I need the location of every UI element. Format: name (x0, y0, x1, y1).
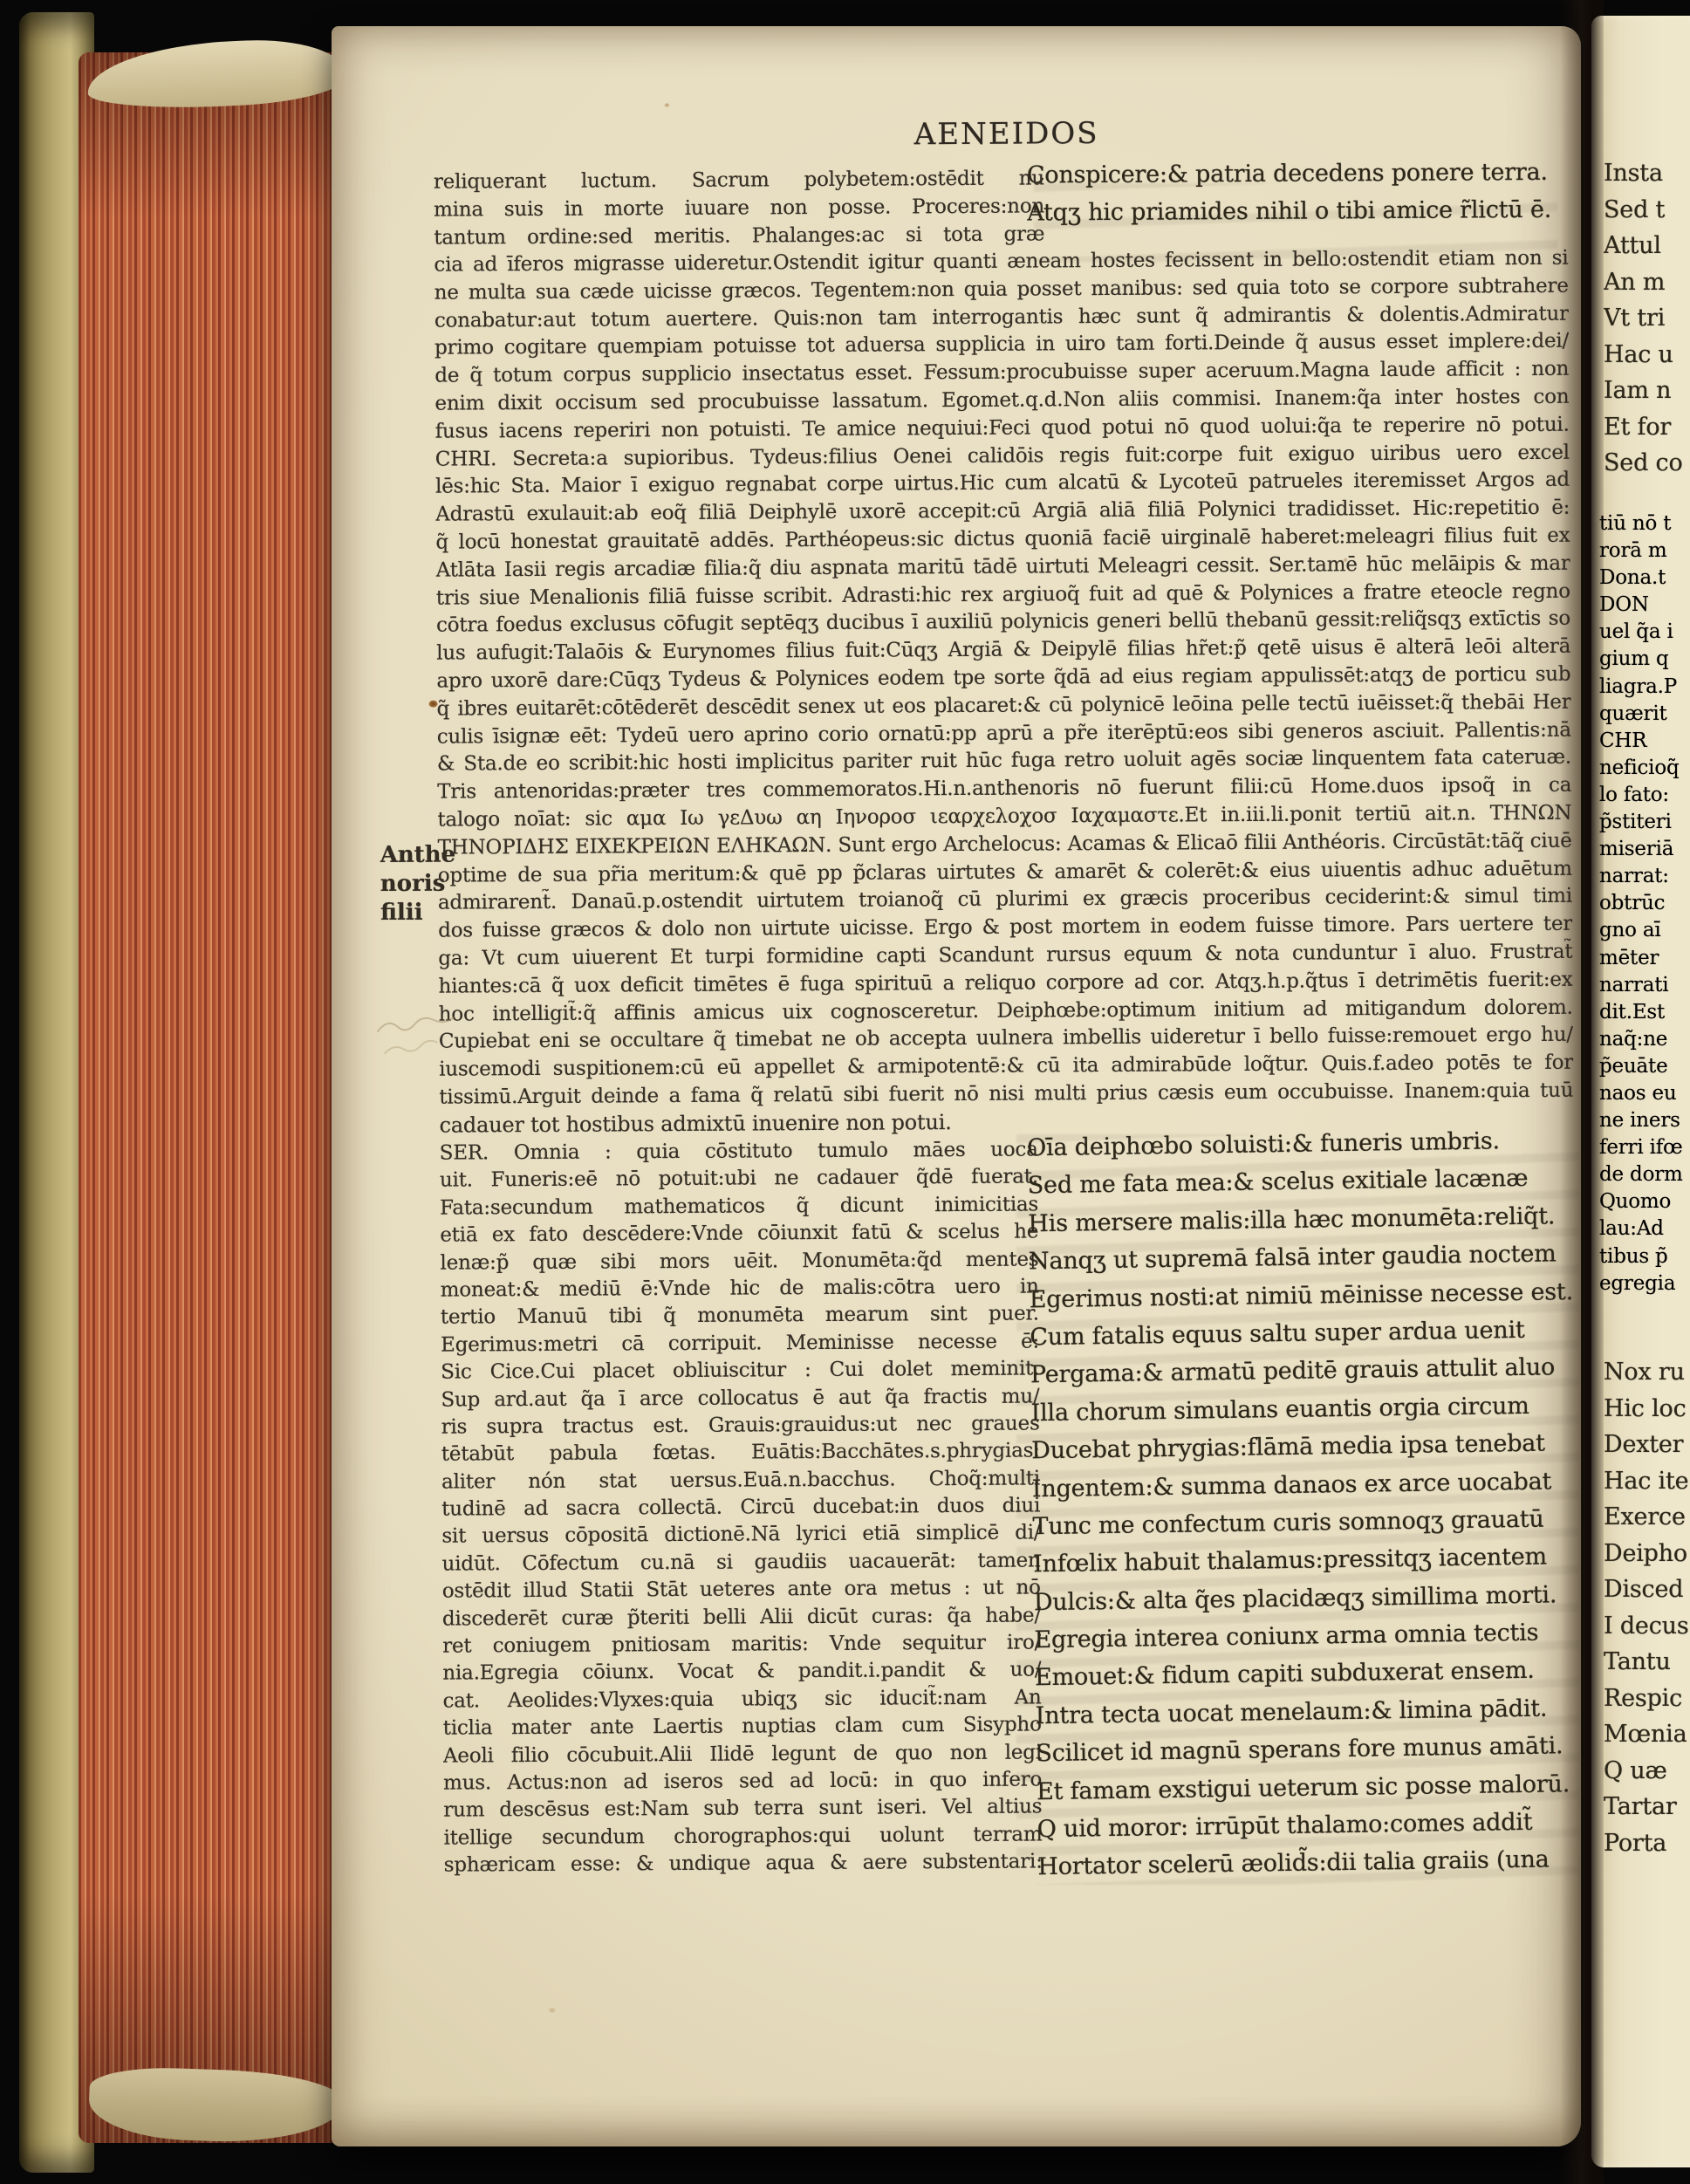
commentary-fragment: gium q (1599, 646, 1690, 673)
commentary-fragment: uel q̃a i (1599, 619, 1690, 646)
commentary-fragment: ferri ifœ (1599, 1134, 1690, 1161)
commentary-fragment: Dona.t (1599, 565, 1690, 592)
commentary-line: Fata:secundum mathematicos q̃ dicunt ini… (440, 1191, 1038, 1222)
commentary-fragment: DON (1599, 592, 1690, 619)
verse-fragment: Tartar (1604, 1789, 1690, 1825)
commentary-line: reliquerant luctum. Sacrum polybetem:ost… (434, 165, 1044, 196)
commentary-fragment: egregia (1599, 1270, 1690, 1297)
commentary-fragment: obtrūc (1599, 890, 1690, 917)
verse-opening-lines: Conspicere:& patria decedens ponere terr… (1027, 154, 1586, 233)
commentary-fragment: Quomo (1599, 1188, 1690, 1215)
commentary-line: uidūt. Cōfectum cu.nā si gaudiis uacauer… (442, 1547, 1041, 1578)
verse-line: Atqʒ hic priamides nihil o tibi amice r̃… (1027, 191, 1585, 232)
printed-margin-note: Anthenorisfilii (380, 841, 456, 928)
commentary-line: ticlia mater ante Laertis nuptias clam c… (443, 1712, 1042, 1743)
commentary-fragment: dit.Est (1599, 999, 1690, 1026)
commentary-fragment: liagra.P (1599, 674, 1690, 701)
commentary-fragment: naos eu (1599, 1080, 1690, 1107)
commentary-fragment: p̃stiteri (1599, 809, 1690, 836)
verse-fragment: Hic loc (1604, 1391, 1690, 1427)
commentary-fragment: tiū nō t (1599, 510, 1690, 537)
verse-fragment: Iam n (1604, 373, 1690, 409)
verse-fragment: Porta (1604, 1825, 1690, 1862)
verse-fragment: Mœnia (1604, 1716, 1690, 1753)
commentary-left-column: SER. Omnia : quia cōstituto tumulo māes … (440, 1136, 1043, 1879)
commentary-line: itellige secundum chorographos:qui uolun… (443, 1821, 1042, 1852)
commentary-intro: reliquerant luctum. Sacrum polybetem:ost… (434, 165, 1045, 252)
verse-fragment: Vt tri (1604, 300, 1690, 337)
verse-fragment: Exerce (1604, 1499, 1690, 1536)
commentary-fragment: CHR (1599, 728, 1690, 755)
commentary-line: ostēdit illud Statii Stāt ueteres ante o… (442, 1575, 1041, 1606)
verse-fragment: Attul (1604, 228, 1690, 264)
verse-line: Hortator scelerū æolid̃s:dii talia graii… (1037, 1840, 1597, 1886)
commentary-line: nia.Egregia cōiunx. Vocat & pandit.i.pan… (442, 1657, 1041, 1688)
verse-fragment: Nox ru (1604, 1354, 1690, 1391)
commentary-line: Sup ard.aut q̃a ī arce collocatus ē aut … (441, 1383, 1039, 1414)
verse-fragment: Respic (1604, 1681, 1690, 1717)
commentary-fragment: ne iners (1599, 1107, 1690, 1134)
commentary-line: etiā ex fato descēdere:Vnde cōiunxit fat… (440, 1219, 1038, 1250)
commentary-fragment: quærit (1599, 701, 1690, 728)
commentary-line: SER. Omnia : quia cōstituto tumulo māes … (440, 1136, 1038, 1167)
open-book-photograph: AENEIDOS Conspicere:& patria decedens po… (0, 0, 1690, 2184)
verse-fragment: Sed t (1604, 192, 1690, 229)
commentary-line: aliter nón stat uersus.Euā.n.bacchus. Ch… (441, 1465, 1040, 1496)
verse-right-column: Oīa deiphœbo soluisti:& funeris umbris.S… (1027, 1121, 1597, 1886)
commentary-fragment: rorā m (1599, 537, 1690, 565)
verse-fragment: Deipho (1604, 1536, 1690, 1572)
verse-fragment: Dexter (1604, 1427, 1690, 1463)
verse-fragment: Hac u (1604, 337, 1690, 373)
verse-fragment: An m (1604, 264, 1690, 301)
commentary-fragment: p̃euāte (1599, 1053, 1690, 1080)
verse-fragment: Tantu (1604, 1644, 1690, 1681)
commentary-full-width: cia ad īferos migrasse uideretur.Ostendi… (434, 245, 1573, 1113)
commentary-line: Aeoli filio cōcubuit.Alii Ilidē legunt d… (443, 1739, 1042, 1770)
margin-note-line: Anthe (380, 841, 455, 871)
commentary-line: mus. Actus:non ad iseros sed ad locū: in… (443, 1766, 1042, 1797)
commentary-line: sit uersus cōpositā dictionē.Nā lyrici e… (441, 1520, 1040, 1551)
commentary-fragment: miseriā (1599, 836, 1690, 863)
commentary-line: discederēt curæ p̃teriti belli Alii dicū… (442, 1602, 1041, 1633)
commentary-line: tantum ordine:sed meritis. Phalanges:ac … (434, 221, 1044, 252)
foxing-spot (664, 103, 669, 107)
verse-fragment: Et for (1604, 409, 1690, 446)
commentary-fragment: de dorm (1599, 1161, 1690, 1188)
verse-fragment: I decus (1604, 1608, 1690, 1645)
commentary-fragment: tibus p̃ (1599, 1243, 1690, 1270)
commentary-line: tudinē ad sacra collectā. Circū ducebat:… (441, 1493, 1040, 1524)
margin-note-line: noris (380, 870, 455, 900)
commentary-line: sphæricam esse: & undique aqua & aere su… (444, 1849, 1043, 1880)
commentary-line: mina suis in morte iuuare non posse. Pro… (434, 193, 1044, 224)
commentary-fragment: gno aī (1599, 917, 1690, 944)
verse-line: Conspicere:& patria decedens ponere terr… (1027, 154, 1585, 195)
commentary-line: tertio Manuū tibi q̃ monumēta mearum sin… (441, 1301, 1039, 1332)
commentary-fragment: neficioq̃ (1599, 755, 1690, 782)
commentary-line: ret coniugem pnitiosam maritis: Vnde seq… (442, 1629, 1041, 1660)
commentary-line: moneat:& mediū ē:Vnde hic de malis:cōtra… (441, 1273, 1039, 1304)
commentary-line: cat. Aeolides:Vlyxes:quia ubiqʒ sic iduc… (442, 1684, 1041, 1715)
commentary-line: tētabūt pabula fœtas. Euātis:Bacchātes.s… (441, 1438, 1040, 1469)
verse-fragment: Q uæ (1604, 1753, 1690, 1790)
next-page-verse-fragments-top: InstaSed tAttulAn mVt triHac uIam nEt fo… (1604, 155, 1690, 482)
running-title: AENEIDOS (893, 116, 1119, 153)
margin-note-line: filii (380, 899, 455, 928)
commentary-line: rum descēsus est:Nam sub terra sunt iser… (443, 1794, 1042, 1825)
commentary-fragment: naq̃:ne (1599, 1026, 1690, 1053)
foxing-spot (549, 2008, 556, 2013)
commentary-fragment: narrati (1599, 972, 1690, 999)
commentary-fragment: narrat: (1599, 863, 1690, 890)
commentary-line: uit. Funeris:eē nō potuit:ubi ne cadauer… (440, 1164, 1038, 1195)
commentary-fragment: lau:Ad (1599, 1215, 1690, 1243)
commentary-line: Sic Cice.Cui placet obliuiscitur : Cui d… (441, 1356, 1039, 1387)
commentary-fragment: lo fato: (1599, 782, 1690, 809)
verse-fragment: Hac ite (1604, 1463, 1690, 1500)
commentary-line: lenæ:p̃ quæ sibi mors uēit. Monumēta:q̃d… (440, 1246, 1038, 1277)
next-page-verse-fragments-bottom: Nox ruHic locDexterHac iteExerceDeiphoDi… (1604, 1354, 1690, 1861)
verse-fragment: Disced (1604, 1571, 1690, 1608)
verse-fragment: Insta (1604, 155, 1690, 192)
commentary-line: Egerimus:metri cā corripuit. Meminisse n… (441, 1328, 1039, 1359)
next-page-commentary-fragments: tiū nō trorā mDona.tDONuel q̃a igium qli… (1599, 510, 1690, 1297)
verse-fragment: Sed co (1604, 445, 1690, 482)
commentary-line: ris supra tractus est. Grauis:grauidus:u… (441, 1410, 1040, 1441)
commentary-fragment: mēter (1599, 945, 1690, 972)
left-page-text: AENEIDOS Conspicere:& patria decedens po… (0, 0, 1690, 2184)
